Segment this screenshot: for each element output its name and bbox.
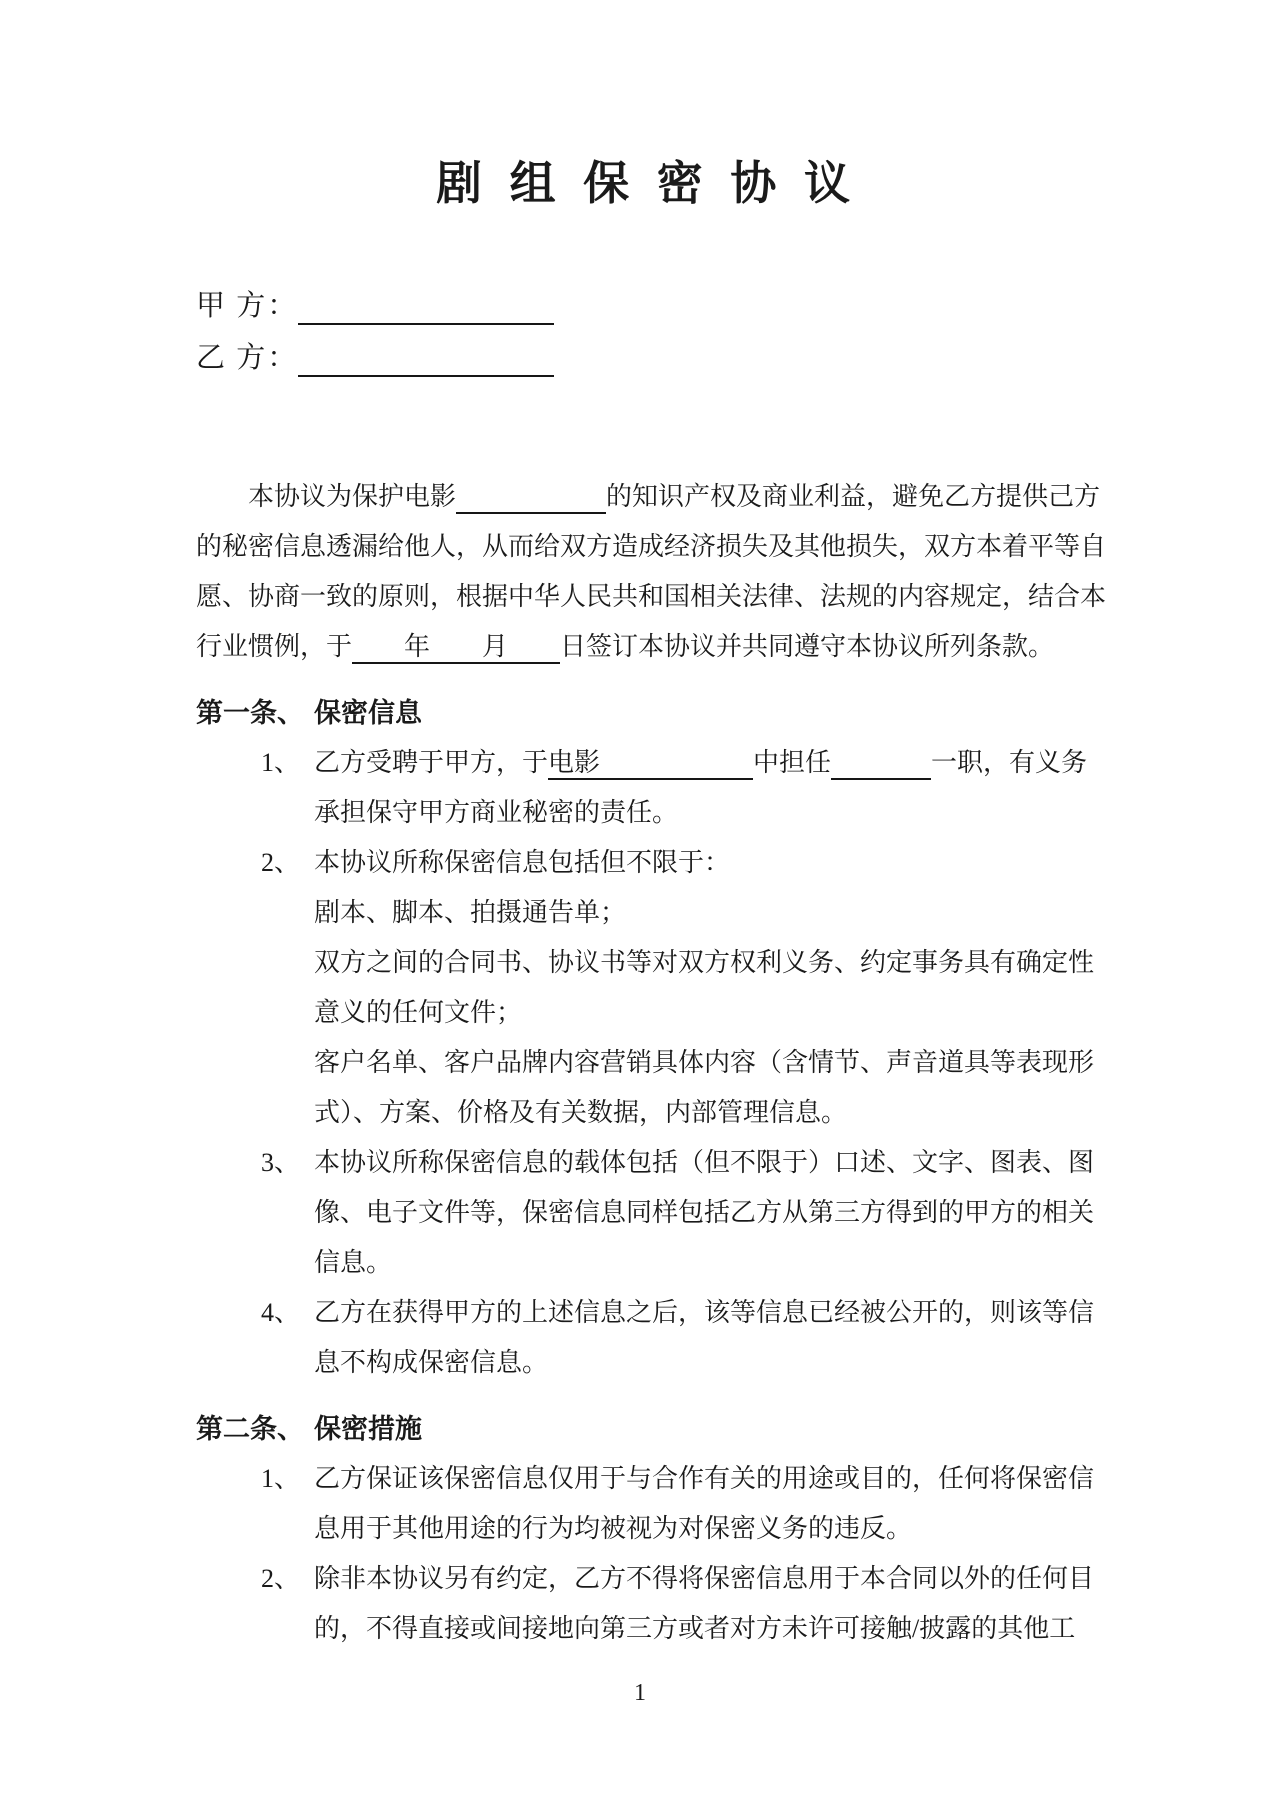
text-run: 式）、方案、价格及有关数据，内部管理信息。 [314, 1098, 847, 1127]
list-item-line: 乙方受聘于甲方，于电影中担任 一职，有义务 [314, 738, 1090, 788]
list-item-line: 乙方保证该保密信息仅用于与合作有关的用途或目的，任何将保密信 [314, 1454, 1090, 1504]
fill-in-blank [831, 749, 931, 780]
party-b-fill-in-blank [298, 343, 554, 377]
text-run: 除非本协议另有约定，乙方不得将保密信息用于本合同以外的任何目 [314, 1564, 1094, 1593]
list-item-number: 3、 [261, 1138, 300, 1188]
list-item-line: 息不构成保密信息。 [314, 1338, 1090, 1388]
party-a-fill-in-blank [298, 291, 554, 325]
list-item-number: 1、 [261, 1454, 300, 1504]
list-item-line: 信息。 [314, 1238, 1090, 1288]
text-run: 愿、协商一致的原则，根据中华人民共和国相关法律、法规的内容规定，结合本 [196, 582, 1106, 611]
text-run: 本协议所称保密信息包括但不限于： [314, 848, 730, 877]
list-item: 1、乙方保证该保密信息仅用于与合作有关的用途或目的，任何将保密信息用于其他用途的… [196, 1454, 1090, 1554]
text-run: 息用于其他用途的行为均被视为对保密义务的违反。 [314, 1514, 912, 1543]
list-item-line: 息用于其他用途的行为均被视为对保密义务的违反。 [314, 1504, 1090, 1554]
section-title: 保密措施 [314, 1414, 422, 1444]
text-run: 的秘密信息透漏给他人，从而给双方造成经济损失及其他损失，双方本着平等自 [196, 532, 1106, 561]
text-run: 本协议所称保密信息的载体包括（但不限于）口述、文字、图表、图 [314, 1148, 1094, 1177]
intro-paragraph: 本协议为保护电影 的知识产权及商业利益，避免乙方提供己方的秘密信息透漏给他人，从… [196, 472, 1090, 672]
section-heading: 第一条、保密信息 [196, 688, 1090, 738]
text-run: 像、电子文件等，保密信息同样包括乙方从第三方得到的甲方的相关 [314, 1198, 1094, 1227]
text-run: 中担任 [753, 748, 831, 777]
text-run: 本协议为保护电影 [248, 482, 456, 511]
section-number: 第一条、 [196, 698, 304, 728]
text-run: 乙方保证该保密信息仅用于与合作有关的用途或目的，任何将保密信 [314, 1464, 1094, 1493]
section: 第二条、保密措施1、乙方保证该保密信息仅用于与合作有关的用途或目的，任何将保密信… [196, 1404, 1090, 1654]
fill-in-blank: 电影 [548, 749, 753, 780]
page-number: 1 [0, 1668, 1280, 1718]
intro-line: 行业惯例，于 年 月 日签订本协议并共同遵守本协议所列条款。 [196, 622, 1090, 672]
party-b-label: 乙 方： [196, 342, 298, 374]
text-run: 的，不得直接或间接地向第三方或者对方未许可接触/披露的其他工 [314, 1614, 1075, 1643]
text-run: 一职，有义务 [931, 748, 1087, 777]
text-run: 承担保守甲方商业秘密的责任。 [314, 798, 678, 827]
section: 第一条、保密信息1、乙方受聘于甲方，于电影中担任 一职，有义务承担保守甲方商业秘… [196, 688, 1090, 1388]
text-run: 意义的任何文件； [314, 998, 522, 1027]
list-item-number: 2、 [261, 838, 300, 888]
section-heading: 第二条、保密措施 [196, 1404, 1090, 1454]
party-b-line: 乙 方： [196, 332, 1090, 384]
list-item-line: 乙方在获得甲方的上述信息之后，该等信息已经被公开的，则该等信 [314, 1288, 1090, 1338]
list-item-line: 双方之间的合同书、协议书等对双方权利义务、约定事务具有确定性 [314, 938, 1090, 988]
list-item-line: 客户名单、客户品牌内容营销具体内容（含情节、声音道具等表现形 [314, 1038, 1090, 1088]
fill-in-blank: 年 月 [352, 633, 560, 664]
text-run: 剧本、脚本、拍摄通告单； [314, 898, 626, 927]
party-a-label: 甲 方： [196, 290, 298, 322]
list-item: 3、本协议所称保密信息的载体包括（但不限于）口述、文字、图表、图像、电子文件等，… [196, 1138, 1090, 1288]
list-item: 4、乙方在获得甲方的上述信息之后，该等信息已经被公开的，则该等信息不构成保密信息… [196, 1288, 1090, 1388]
parties-block: 甲 方： 乙 方： [196, 280, 1090, 384]
list-item-line: 意义的任何文件； [314, 988, 1090, 1038]
intro-line: 的秘密信息透漏给他人，从而给双方造成经济损失及其他损失，双方本着平等自 [196, 522, 1090, 572]
text-run: 息不构成保密信息。 [314, 1348, 548, 1377]
intro-line: 愿、协商一致的原则，根据中华人民共和国相关法律、法规的内容规定，结合本 [196, 572, 1090, 622]
list-item-number: 1、 [261, 738, 300, 788]
document-page: 剧组保密协议 甲 方： 乙 方： 本协议为保护电影 的知识产权及商业利益，避免乙… [0, 0, 1280, 1810]
list-item: 2、本协议所称保密信息包括但不限于：剧本、脚本、拍摄通告单；双方之间的合同书、协… [196, 838, 1090, 1138]
list-item-line: 本协议所称保密信息包括但不限于： [314, 838, 1090, 888]
fill-in-blank [456, 483, 606, 514]
list-item-number: 2、 [261, 1554, 300, 1604]
section-title: 保密信息 [314, 698, 422, 728]
list-item-number: 4、 [261, 1288, 300, 1338]
text-run: 信息。 [314, 1248, 392, 1277]
list-item: 1、乙方受聘于甲方，于电影中担任 一职，有义务承担保守甲方商业秘密的责任。 [196, 738, 1090, 838]
text-run: 乙方在获得甲方的上述信息之后，该等信息已经被公开的，则该等信 [314, 1298, 1094, 1327]
text-run: 行业惯例，于 [196, 632, 352, 661]
list-item-line: 承担保守甲方商业秘密的责任。 [314, 788, 1090, 838]
list-item-line: 的，不得直接或间接地向第三方或者对方未许可接触/披露的其他工 [314, 1604, 1090, 1654]
text-run: 双方之间的合同书、协议书等对双方权利义务、约定事务具有确定性 [314, 948, 1094, 977]
list-item-line: 剧本、脚本、拍摄通告单； [314, 888, 1090, 938]
list-item-line: 本协议所称保密信息的载体包括（但不限于）口述、文字、图表、图 [314, 1138, 1090, 1188]
list-item-line: 除非本协议另有约定，乙方不得将保密信息用于本合同以外的任何目 [314, 1554, 1090, 1604]
document-title: 剧组保密协议 [196, 148, 1090, 218]
text-run: 日签订本协议并共同遵守本协议所列条款。 [560, 632, 1054, 661]
list-item: 2、除非本协议另有约定，乙方不得将保密信息用于本合同以外的任何目的，不得直接或间… [196, 1554, 1090, 1654]
list-item-line: 式）、方案、价格及有关数据，内部管理信息。 [314, 1088, 1090, 1138]
text-run: 客户名单、客户品牌内容营销具体内容（含情节、声音道具等表现形 [314, 1048, 1094, 1077]
party-a-line: 甲 方： [196, 280, 1090, 332]
text-run: 乙方受聘于甲方，于 [314, 748, 548, 777]
agreement-sections: 第一条、保密信息1、乙方受聘于甲方，于电影中担任 一职，有义务承担保守甲方商业秘… [196, 688, 1090, 1654]
text-run: 的知识产权及商业利益，避免乙方提供己方 [606, 482, 1100, 511]
section-number: 第二条、 [196, 1414, 304, 1444]
intro-line: 本协议为保护电影 的知识产权及商业利益，避免乙方提供己方 [196, 472, 1090, 522]
list-item-line: 像、电子文件等，保密信息同样包括乙方从第三方得到的甲方的相关 [314, 1188, 1090, 1238]
